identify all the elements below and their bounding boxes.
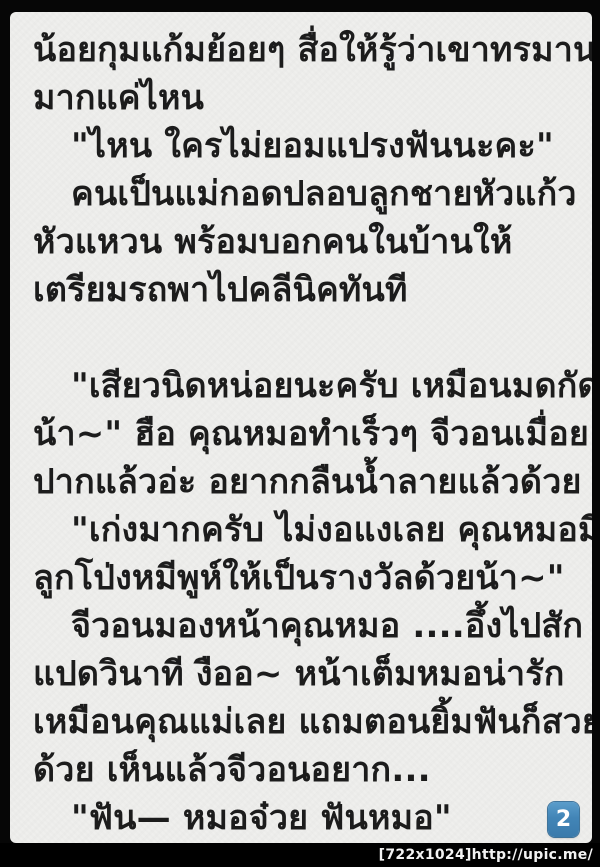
text-line: คนเป็นแม่กอดปลอบลูกชายหัวแก้ว (33, 170, 578, 218)
text-line: "เก่งมากครับ ไม่งอแงเลย คุณหมอมี (33, 506, 578, 554)
text-line: แปดวินาที งืออ~ หน้าเต็มหมอน่ารัก (33, 650, 578, 698)
watermark-text: [722x1024]http://upic.me/ (379, 847, 593, 863)
text-line: ด้วย เห็นแล้วจีวอนอยาก... (33, 746, 578, 794)
text-line: จีวอนมองหน้าคุณหมอ ....อึ้งไปสัก (33, 602, 578, 650)
screenshot-frame: น้อยกุมแก้มย้อยๆ สื่อให้รู้ว่าเขาทรมานมา… (0, 0, 600, 867)
watermark-bar: [722x1024]http://upic.me/ (0, 843, 600, 867)
text-line: เหมือนคุณแม่เลย แถมตอนยิ้มฟันก็สวย (33, 698, 578, 746)
book-page: น้อยกุมแก้มย้อยๆ สื่อให้รู้ว่าเขาทรมานมา… (10, 12, 592, 843)
page-number-badge: 2 (548, 802, 579, 837)
blank-line (33, 314, 578, 362)
text-line: น้า~" ฮือ คุณหมอทำเร็วๆ จีวอนเมื่อย (33, 410, 578, 458)
text-line: น้อยกุมแก้มย้อยๆ สื่อให้รู้ว่าเขาทรมาน (33, 26, 578, 74)
text-line: มากแค่ไหน (33, 74, 578, 122)
text-line: "ไหน ใครไม่ยอมแปรงฟันนะคะ" (33, 122, 578, 170)
text-line: "ฟัน— หมอจ๋วย ฟันหมอ" (33, 794, 578, 842)
text-line: ปากแล้วอ่ะ อยากกลืนน้ำลายแล้วด้วย (33, 458, 578, 506)
text-line: "เสียวนิดหน่อยนะครับ เหมือนมดกัด (33, 362, 578, 410)
text-line: ลูกโป่งหมีพูห์ให้เป็นรางวัลด้วยน้า~" (33, 554, 578, 602)
text-line: เตรียมรถพาไปคลีนิคทันที (33, 266, 578, 314)
page-text: น้อยกุมแก้มย้อยๆ สื่อให้รู้ว่าเขาทรมานมา… (33, 26, 578, 842)
text-line: หัวแหวน พร้อมบอกคนในบ้านให้ (33, 218, 578, 266)
